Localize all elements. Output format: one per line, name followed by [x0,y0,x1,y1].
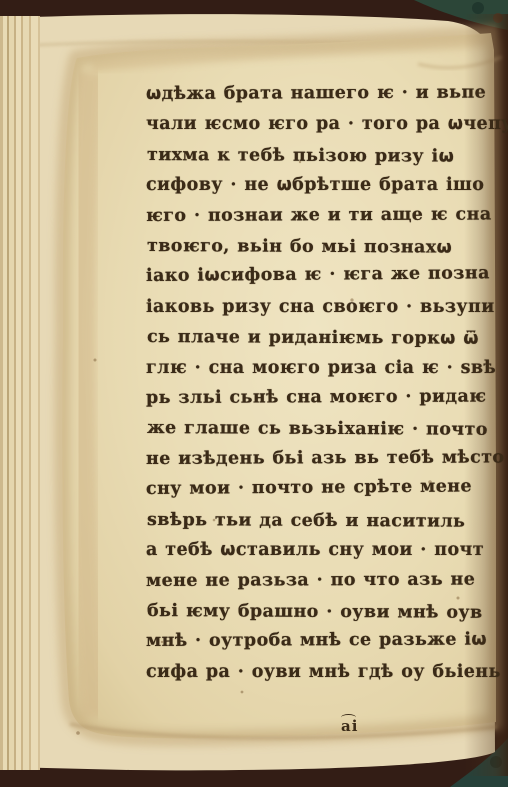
text-line: іаковь ризу сна своѥго · вьзупи [146,292,500,322]
text-line: ѡдѣжа брата нашего ѥ · и вьпе [146,77,500,109]
page-stack-edges [0,16,40,770]
text-line: сну мои · почто не срѣте мене [146,472,500,505]
text-line: ѕвѣрь тьи да себѣ и наситиль [147,505,501,537]
text-line: сифа ра · оуви мнѣ гдѣ оу бьіень [146,657,500,687]
quire-mark: аі [341,717,358,735]
text-line: не изѣдень бьі азь вь тебѣ мѣсто [146,442,500,474]
text-line: тихма к тебѣ пьізою ризу іѡ [147,140,501,172]
text-line: ѥго · познаи же и ти аще ѥ сна [146,199,500,231]
text-line: мене не разьза · по что азь не [146,564,500,596]
text-line: рь зльі сьнѣ сна моѥго · ридаѥ [146,382,500,414]
text-block: ѡдѣжа брата нашего ѥ · и вьпе чали ѥсмо … [146,79,500,687]
text-line: мнѣ · оутроба мнѣ се разьже іѡ [146,625,500,657]
manuscript-photo: ѡдѣжа брата нашего ѥ · и вьпе чали ѥсмо … [0,0,508,787]
text-line: сь плаче и риданіѥмь горкѡ ѿ [147,322,501,354]
text-line: глѥ · сна моѥго риза сіа ѥ · ѕвѣ [146,353,500,383]
text-line: же глаше сь вьзьіханіѥ · почто [147,413,501,445]
text-line: бьі ѥму брашно · оуви мнѣ оув [147,596,501,628]
text-line: а тебѣ ѡставиль сну мои · почт [146,535,500,565]
text-line: іако іѡсифова ѥ · ѥга же позна [146,259,500,292]
text-line: сифову · не ѡбрѣтше брата ішо [146,170,500,200]
text-line: чали ѥсмо ѥго ра · того ра ѡчепу [146,109,500,139]
